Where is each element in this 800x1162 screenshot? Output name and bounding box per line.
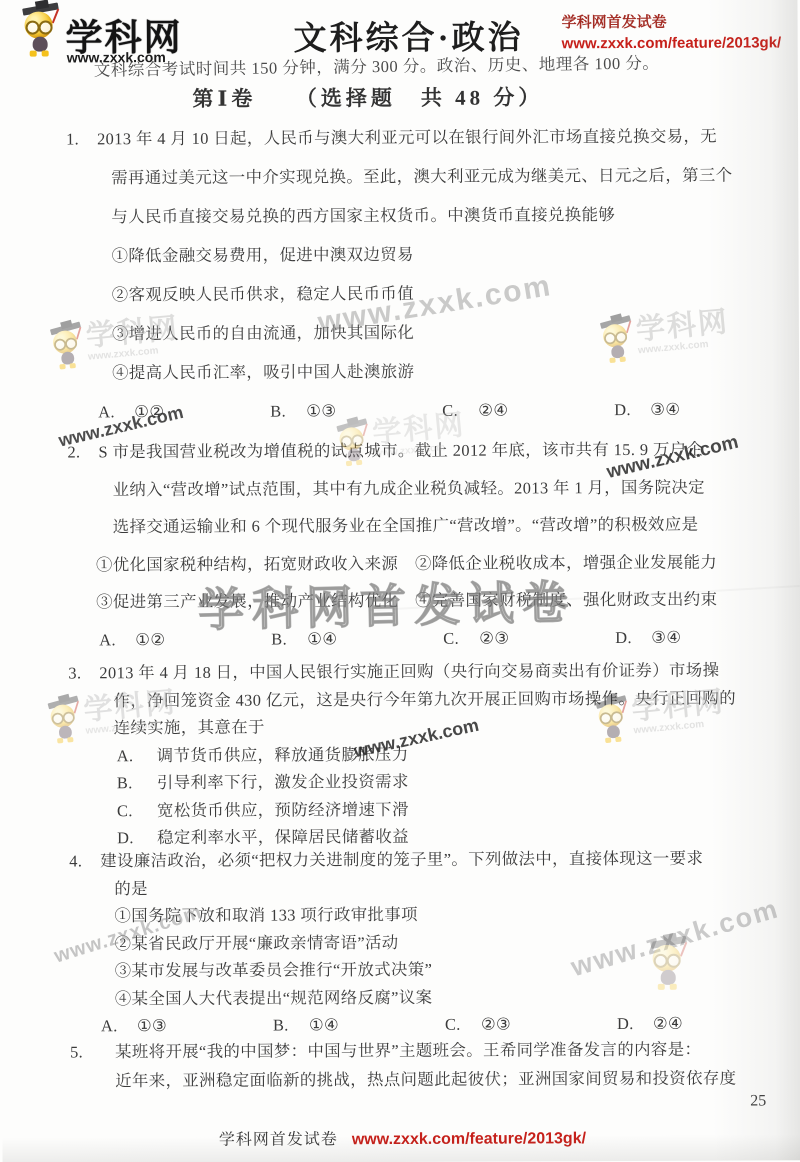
footer-label: 学科网首发试卷	[219, 1131, 338, 1149]
choice-text: 调节货币供应，释放通货膨胀压力	[157, 744, 409, 764]
choice-value: ③④	[650, 400, 680, 419]
question-line: ①国务院下放和取消 133 项行政审批事项	[114, 899, 800, 929]
answer-choice: B.①③	[270, 391, 442, 431]
question-1: 1.2013 年 4 月 10 日起，人民币与澳大利亚元可以在银行间外汇市场直接…	[0, 116, 799, 431]
answer-choices-row: A.①②B.①③C.②④D.③④	[98, 389, 799, 431]
choice-label: D.	[614, 390, 650, 429]
question-2: 2.S 市是我国营业税改为增值税的试点城市。截止 2012 年底，该市共有 15…	[0, 430, 800, 658]
choice-label: A.	[99, 621, 135, 659]
choice-label: A.	[117, 742, 157, 770]
choice-value: ②④	[478, 401, 508, 420]
question-line: 的是	[114, 872, 800, 902]
choice-value: ②③	[481, 1015, 511, 1034]
choice-value: ①②	[135, 630, 165, 649]
choice-label: A.	[98, 392, 134, 431]
answer-choice-line: C.宽松货币供应，预防经济增速下滑	[117, 794, 800, 824]
choice-text: 稳定利率水平，保障居民储蓄收益	[157, 827, 409, 847]
question-line: ④提高人民币汇率，吸引中国人赴澳旅游	[112, 350, 799, 392]
choice-label: B.	[271, 620, 307, 658]
answer-choice: B.①④	[271, 619, 443, 657]
question-line: 作，净回笼资金 430 亿元，这是央行今年第九次开展正回购市场操作。央行正回购的	[113, 684, 800, 714]
glasses-icon	[26, 21, 40, 35]
page-number: 25	[750, 1092, 766, 1110]
question-line: ①优化国家税种结构，拓宽财政收入来源 ②降低企业税收成本，增强企业发展能力	[96, 543, 800, 584]
question-line: 2013 年 4 月 18 日，中国人民银行实施正回购（央行向交易商卖出有价证券…	[99, 656, 800, 687]
question-line: ③增进人民币的自由流通，加快其国际化	[112, 311, 799, 353]
answer-choice: A.①③	[101, 1012, 273, 1040]
answer-choice-line: A.调节货币供应，释放通货膨胀压力	[117, 739, 800, 769]
question-line: ②客观反映人民币供求，稳定人民币币值	[112, 272, 799, 314]
choice-value: ②③	[479, 628, 509, 647]
release-label: 学科网首发试卷	[562, 10, 782, 32]
question-number: 4.	[69, 847, 82, 875]
choice-value: ①④	[309, 1015, 339, 1034]
question-line: 需再通过美元这一中介实现兑换。至此，澳大利亚元成为继美元、日元之后，第三个	[111, 155, 798, 197]
question-number: 3.	[68, 659, 81, 687]
choice-label: C.	[445, 1011, 481, 1039]
question-number: 1.	[66, 119, 79, 158]
choice-text: 引导利率下行，激发企业投资需求	[157, 772, 409, 792]
choice-value: ①④	[307, 629, 337, 648]
question-line: ①降低金融交易费用，促进中澳双边贸易	[111, 233, 798, 275]
choice-label: A.	[101, 1012, 137, 1040]
choice-label: B.	[270, 391, 306, 430]
choice-label: D.	[617, 1010, 653, 1038]
choice-text: 宽松货币供应，预防经济增速下滑	[157, 799, 409, 819]
answer-choice: A.①②	[98, 392, 270, 432]
question-5: 5.某班将开展“我的中国梦：中国与世界”主题班会。王希同学准备发言的内容是：近年…	[2, 1034, 800, 1095]
question-line: ③促进第三产业发展，推动产业结构优化 ④完善国家财税制度、强化财政支出约束	[96, 580, 800, 621]
choice-value: ③④	[651, 627, 681, 646]
question-4: 4.建设廉洁政治，必须“把权力关进制度的笼子里”。下列做法中，直接体现这一要求的…	[1, 844, 800, 1040]
footer: 学科网首发试卷 www.zxxk.com/feature/2013gk/	[2, 1124, 800, 1150]
answer-choices-row: A.①②B.①④C.②③D.③④	[99, 618, 800, 659]
question-line: 建设廉洁政治，必须“把权力关进制度的笼子里”。下列做法中，直接体现这一要求	[100, 844, 800, 875]
choice-value: ②④	[653, 1014, 683, 1033]
answer-choice: A.①②	[99, 620, 271, 658]
choice-label: C.	[442, 391, 478, 430]
question-line: ②某省民政厅开展“廉政亲情寄语”活动	[115, 927, 800, 957]
choice-value: ①③	[137, 1016, 167, 1035]
choice-value: ①③	[306, 401, 336, 420]
question-line: ③某市发展与改革委员会推行“开放式决策”	[115, 954, 800, 984]
zxxk-mascot	[21, 3, 61, 59]
answer-choice: C.②④	[442, 390, 614, 430]
answer-choice: D.③④	[615, 618, 787, 656]
answer-choice: C.②③	[445, 1010, 617, 1038]
release-note: 学科网首发试卷 www.zxxk.com/feature/2013gk/	[562, 10, 782, 52]
choice-value: ①②	[134, 402, 164, 421]
questions-area: 1.2013 年 4 月 10 日起，人民币与澳大利亚元可以在银行间外汇市场直接…	[0, 0, 797, 2]
footer-url: www.zxxk.com/feature/2013gk/	[352, 1130, 586, 1148]
choice-label: C.	[117, 797, 157, 825]
choice-label: C.	[443, 619, 479, 657]
scanned-exam-page: 学科网 www.zxxk.com 文科综合·政治 学科网首发试卷 www.zxx…	[0, 0, 800, 1162]
question-line: S 市是我国营业税改为增值税的试点城市。截止 2012 年底，该市共有 15. …	[98, 430, 799, 471]
question-line: 连续实施，其意在于	[114, 711, 800, 741]
question-line: 选择交通运输业和 6 个现代服务业在全国推广“营改增”。“营改增”的积极效应是	[113, 505, 800, 545]
answer-choice: B.①④	[273, 1011, 445, 1039]
question-line: 某班将开展“我的中国梦：中国与世界”主题班会。王希同学准备发言的内容是：	[115, 1034, 800, 1066]
question-3: 3.2013 年 4 月 18 日，中国人民银行实施正回购（央行向交易商卖出有价…	[0, 656, 800, 852]
question-line: 近年来，亚洲稳定面临新的挑战，热点问题此起彼伏；亚洲国家间贸易和投资依存度	[115, 1063, 800, 1095]
choice-label: B.	[117, 769, 157, 797]
question-line: 与人民币直接交易兑换的西方国家主权货币。中澳货币直接兑换能够	[111, 194, 798, 236]
question-number: 2.	[67, 433, 80, 471]
answer-choice: D.③④	[614, 389, 786, 429]
choice-label: B.	[273, 1011, 309, 1039]
zxxk-mascot-icon	[21, 3, 61, 59]
question-line: ④某全国人大代表提出“规范网络反腐”议案	[115, 982, 800, 1012]
section-heading: 第Ⅰ卷 （选择题 共 48 分）	[0, 81, 738, 114]
answer-choice: C.②③	[443, 619, 615, 657]
pointer-stick-icon	[52, 9, 59, 24]
choice-label: D.	[615, 618, 651, 656]
question-line: 2013 年 4 月 10 日起，人民币与澳大利亚元可以在银行间外汇市场直接兑换…	[97, 116, 798, 158]
question-number: 5.	[70, 1037, 83, 1066]
answer-choice: D.②④	[617, 1009, 789, 1037]
answer-choice-line: B.引导利率下行，激发企业投资需求	[117, 766, 800, 796]
question-line: 业纳入“营改增”试点范围，其中有九成企业税负减轻。2013 年 1 月，国务院决…	[113, 468, 800, 508]
